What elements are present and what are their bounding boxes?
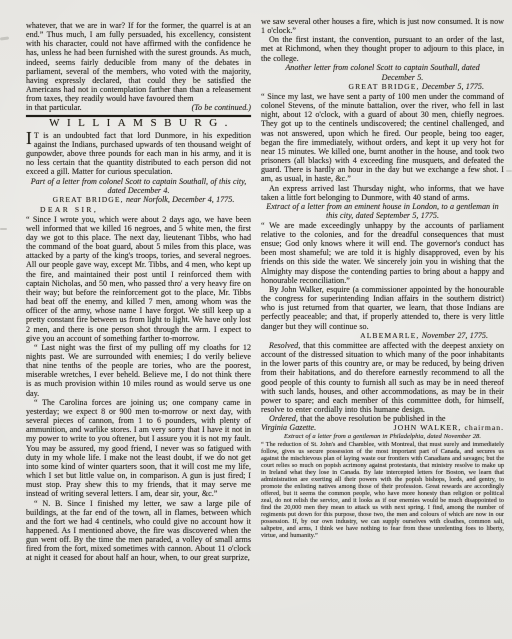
scan-artifact (0, 36, 9, 40)
dateline-place: GREAT BRIDGE, (348, 82, 419, 91)
dateline-date: near Norfolk, December 4, 1775. (126, 195, 234, 204)
letter-intro-london: Extract of a letter from an eminent hous… (261, 202, 504, 220)
right-column: we saw several other houses a fire, whic… (261, 17, 504, 539)
letter-continuation-paragraph: we saw several other houses a fire, whic… (261, 17, 504, 35)
tail-text: in that particular. (26, 103, 82, 112)
left-column: whatever, that we are in war? If for the… (26, 21, 251, 563)
drop-cap-letter: I (26, 131, 34, 147)
newspaper-page: whatever, that we are in war? If for the… (0, 0, 512, 639)
masthead-title: WILLIAMSBURG. (26, 119, 251, 128)
dunmore-paragraph-text: T is an undoubted fact that lord Dunmore… (26, 131, 251, 177)
salutation-dear-sir: DEAR SIR, (26, 205, 251, 214)
resolution-text: that this committee are affected with th… (261, 341, 504, 414)
ordered-paragraph: Ordered, that the above resolution be pu… (261, 414, 504, 423)
letter-intro-scott-dec4: Part of a letter from colonel Scott to c… (26, 177, 251, 195)
dateline-albemarle: ALBEMARLE, November 27, 1775. (261, 331, 504, 340)
letter-intro-philadelphia: Extract of a letter from a gentleman in … (261, 433, 504, 440)
scan-artifact (0, 228, 7, 230)
chairman-signature: JOHN WALKER, chairman. (394, 423, 504, 432)
dateline-place: ALBEMARLE, (360, 331, 419, 340)
to-be-continued-note: (To be continued.) (192, 103, 251, 112)
convention-news-paragraph: On the first instant, the convention, pu… (261, 35, 504, 62)
letter-intro-date-line: December 5. (261, 73, 504, 82)
dateline-date: November 27, 1775. (422, 331, 488, 340)
gazette-name: Virginia Gazette. (261, 423, 316, 432)
resolved-lead: Resolved, (269, 341, 300, 350)
letter-intro-scott-dec5: Another letter from colonel Scott to cap… (261, 63, 504, 72)
scan-artifact (506, 170, 512, 172)
dateline-place: GREAT BRIDGE, (53, 195, 124, 204)
dateline-great-bridge-dec5: GREAT BRIDGE, December 5, 1775. (261, 82, 504, 91)
ordered-text: that the above resolution be published i… (298, 414, 446, 423)
dateline-great-bridge-dec4: GREAT BRIDGE, near Norfolk, December 4, … (26, 195, 251, 204)
dateline-date: December 5, 1775. (422, 82, 484, 91)
resolution-paragraph: Resolved, that this committee are affect… (261, 341, 504, 414)
continuation-tail-line: in that particular. (To be continued.) (26, 103, 251, 112)
letter-paragraph: “ Since I wrote you, which were about 2 … (26, 215, 251, 343)
small-print-letter-paragraph: “ The reduction of St. John's and Chambl… (261, 441, 504, 539)
continuation-paragraph: whatever, that we are in war? If for the… (26, 21, 251, 103)
dunmore-paragraph: IT is an undoubted fact that lord Dunmor… (26, 131, 251, 177)
ordered-lead: Ordered, (269, 414, 298, 423)
letter-postscript-paragraph: “ N. B. Since I finished my letter, we s… (26, 499, 251, 563)
ordered-tail-line: Virginia Gazette. JOHN WALKER, chairman. (261, 423, 504, 432)
letter-paragraph: “ Last night was the first of my pulling… (26, 343, 251, 398)
letter-paragraph: “ The Carolina forces are joining us; on… (26, 398, 251, 499)
letter-paragraph: “ Since my last, we have sent a party of… (261, 92, 504, 184)
letter-paragraph: “ We are made exceedingly unhappy by the… (261, 221, 504, 285)
express-news-paragraph: An express arrived last Thursday night, … (261, 184, 504, 202)
john-walker-news-paragraph: By John Walker, esquire (a commissioner … (261, 285, 504, 331)
